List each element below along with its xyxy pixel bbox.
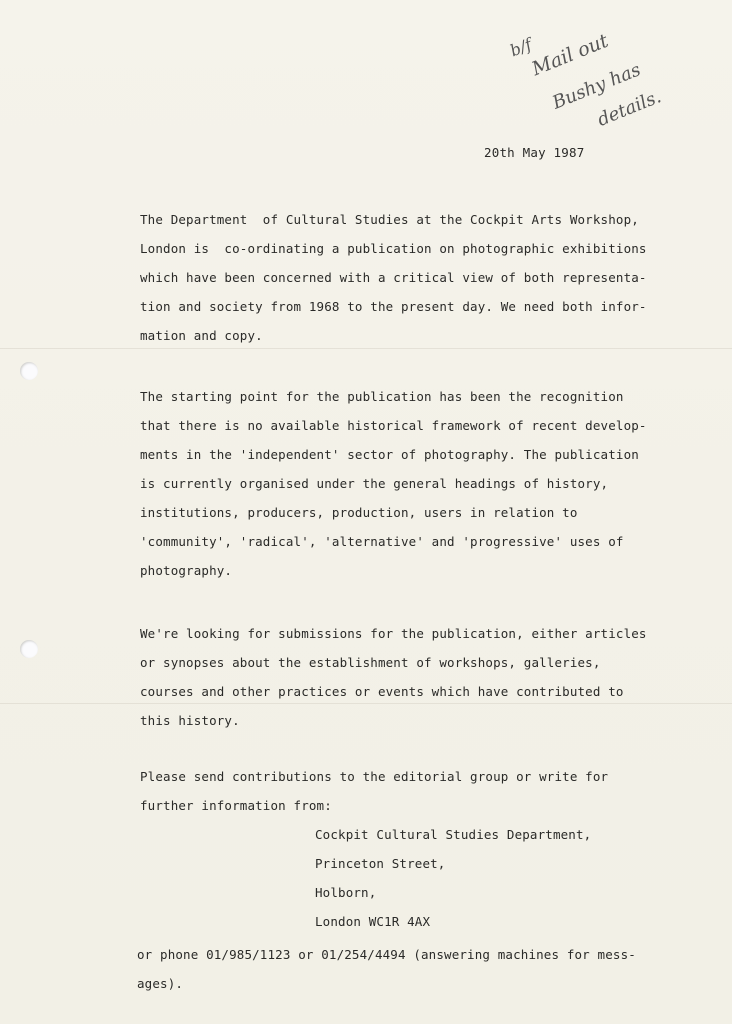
text-line: The starting point for the publication h… bbox=[140, 382, 660, 411]
letter-date: 20th May 1987 bbox=[484, 145, 584, 160]
paragraph-submissions: We're looking for submissions for the pu… bbox=[140, 619, 660, 735]
text-line: photography. bbox=[140, 556, 660, 585]
text-line: this history. bbox=[140, 706, 660, 735]
letter-page: b/f Mail out Bushy has details. 20th May… bbox=[0, 0, 732, 1024]
address-line: Holborn, bbox=[315, 878, 591, 907]
text-line: or phone 01/985/1123 or 01/254/4494 (ans… bbox=[137, 940, 636, 969]
paragraph-intro: The Department of Cultural Studies at th… bbox=[140, 205, 660, 350]
text-line: 'community', 'radical', 'alternative' an… bbox=[140, 527, 660, 556]
address-line: London WC1R 4AX bbox=[315, 907, 591, 936]
text-line: that there is no available historical fr… bbox=[140, 411, 660, 440]
text-line: which have been concerned with a critica… bbox=[140, 263, 660, 292]
handwritten-annotation: b/f Mail out Bushy has details. bbox=[500, 14, 700, 134]
phone-info: or phone 01/985/1123 or 01/254/4494 (ans… bbox=[137, 940, 636, 998]
address-line: Cockpit Cultural Studies Department, bbox=[315, 820, 591, 849]
paragraph-contact: Please send contributions to the editori… bbox=[140, 762, 660, 820]
text-line: The Department of Cultural Studies at th… bbox=[140, 205, 660, 234]
punch-hole bbox=[20, 362, 38, 380]
text-line: Please send contributions to the editori… bbox=[140, 762, 660, 791]
text-line: ments in the 'independent' sector of pho… bbox=[140, 440, 660, 469]
text-line: or synopses about the establishment of w… bbox=[140, 648, 660, 677]
text-line: mation and copy. bbox=[140, 321, 660, 350]
address-line: Princeton Street, bbox=[315, 849, 591, 878]
annotation-line: b/f bbox=[507, 35, 534, 61]
text-line: courses and other practices or events wh… bbox=[140, 677, 660, 706]
text-line: is currently organised under the general… bbox=[140, 469, 660, 498]
punch-hole bbox=[20, 640, 38, 658]
text-line: tion and society from 1968 to the presen… bbox=[140, 292, 660, 321]
paragraph-starting-point: The starting point for the publication h… bbox=[140, 382, 660, 585]
annotation-line: Mail out bbox=[529, 30, 612, 80]
text-line: further information from: bbox=[140, 791, 660, 820]
text-line: We're looking for submissions for the pu… bbox=[140, 619, 660, 648]
text-line: London is co-ordinating a publication on… bbox=[140, 234, 660, 263]
text-line: institutions, producers, production, use… bbox=[140, 498, 660, 527]
text-line: ages). bbox=[137, 969, 636, 998]
postal-address: Cockpit Cultural Studies Department, Pri… bbox=[315, 820, 591, 936]
